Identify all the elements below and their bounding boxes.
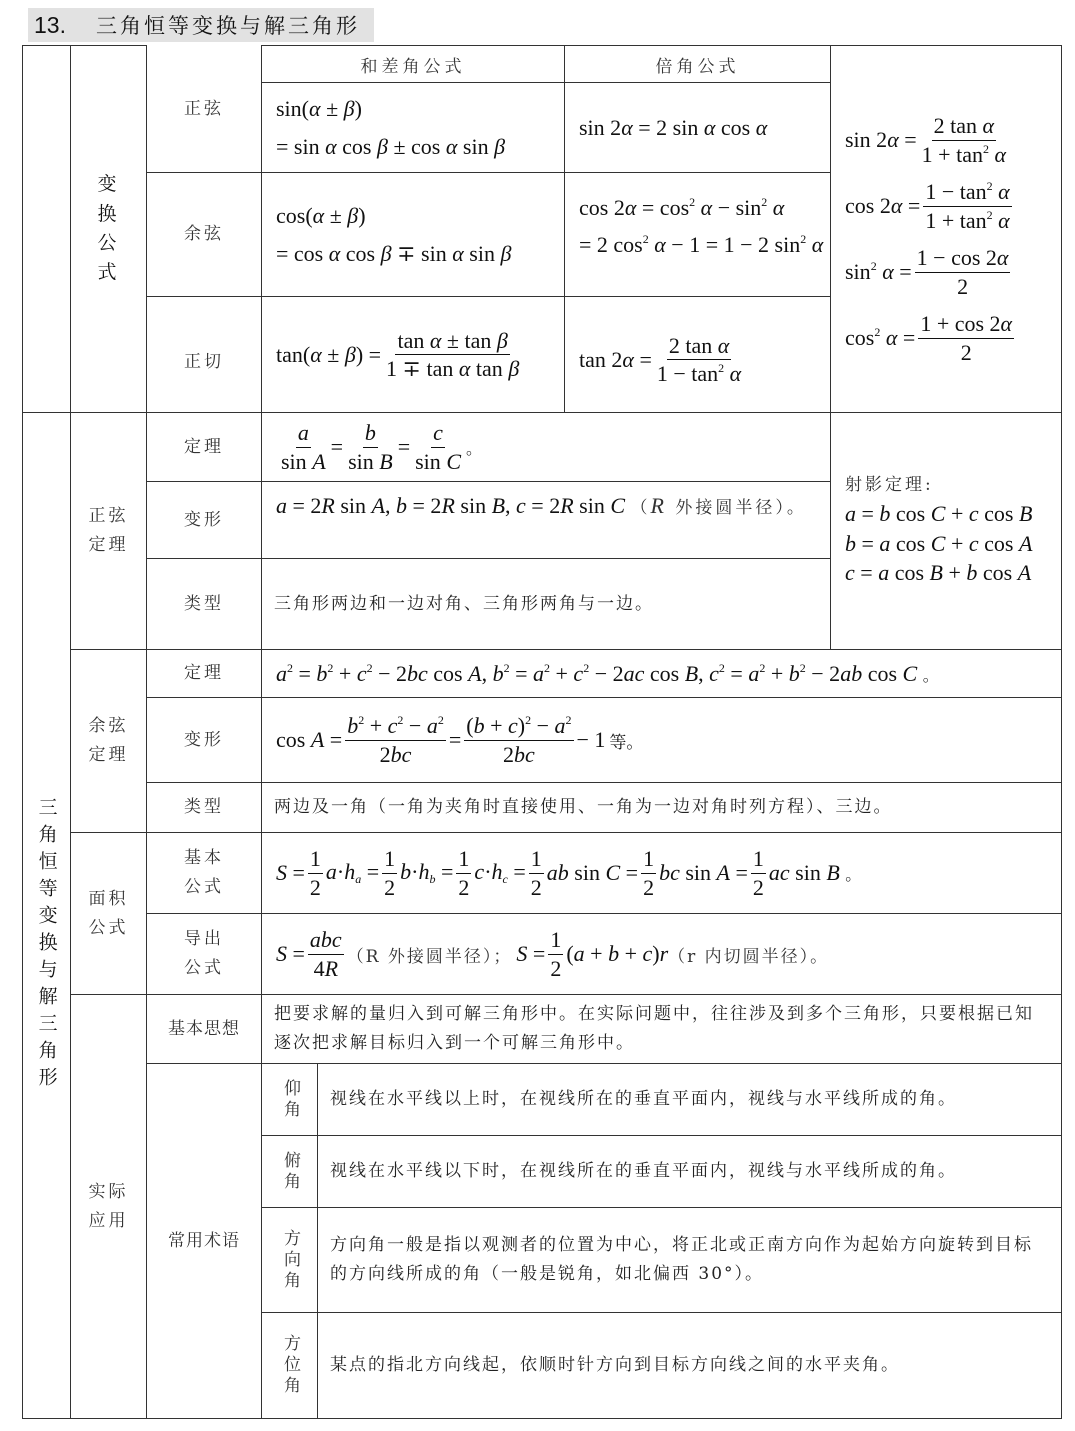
- area-basic-formula: S = 12a·ha = 12b·hb = 12c·hc = 12ab sin …: [261, 832, 1062, 914]
- sine-law-type: 三角形两边和一边对角、三角形两角与一边。: [261, 558, 831, 650]
- tangent-double-formula: tan 2α = 2 tan α1 − tan2 α: [564, 296, 831, 413]
- term-direction-angle: 方向角: [261, 1207, 318, 1313]
- header-sum-diff: 和差角公式: [261, 45, 565, 83]
- sine-law-variant-label: 变形: [146, 481, 262, 559]
- term-depression-definition: 视线在水平线以下时，在视线所在的垂直平面内，视线与水平线所成的角。: [317, 1135, 1062, 1208]
- area-group-label: 面积公式: [70, 832, 147, 995]
- row-label-tangent: 正切: [146, 296, 262, 413]
- basic-idea-content: 把要求解的量归入到可解三角形中。在实际问题中，往往涉及到多个三角形，只要根据已知…: [261, 994, 1062, 1064]
- sine-law-type-label: 类型: [146, 558, 262, 650]
- section-title: 13. 三角恒等变换与解三角形: [28, 8, 374, 42]
- projection-theorem: 射影定理: a = b cos C + c cos B b = a cos C …: [830, 412, 1062, 650]
- sine-sum-diff-formula: sin(α ± β) = sin α cos β ± cos α sin β: [261, 82, 565, 173]
- extra-double-angle-formulas: sin 2α =2 tan α1 + tan2 α cos 2α =1 − ta…: [830, 45, 1062, 413]
- common-terms-label: 常用术语: [146, 1063, 262, 1419]
- term-direction-definition: 方向角一般是指以观测者的位置为中心，将正北或正南方向作为起始方向旋转到目标的方向…: [317, 1207, 1062, 1313]
- term-elevation-angle: 仰角: [261, 1063, 318, 1136]
- basic-idea-label: 基本思想: [146, 994, 262, 1064]
- row-label-cosine: 余弦: [146, 172, 262, 297]
- main-section-label: 三角恒等变换与解三角形: [22, 412, 71, 1419]
- tangent-sum-diff-formula: tan(α ± β) = tan α ± tan β1 ∓ tan α tan …: [261, 296, 565, 413]
- term-azimuth-angle: 方位角: [261, 1312, 318, 1419]
- area-derived-formula: S = abc4R （R 外接圆半径）； S = 12 (a + b + c)r…: [261, 913, 1062, 995]
- cosine-law-theorem-label: 定理: [146, 649, 262, 698]
- cosine-law-theorem: a2 = b2 + c2 − 2bc cos A, b2 = a2 + c2 −…: [261, 649, 1062, 698]
- term-elevation-definition: 视线在水平线以上时，在视线所在的垂直平面内，视线与水平线所成的角。: [317, 1063, 1062, 1136]
- formula-cos2a-tan: cos 2α =1 − tan2 α1 + tan2 α: [845, 173, 1015, 239]
- transform-group-label: 变换公式: [70, 45, 147, 413]
- row-label-sine: 正弦: [146, 45, 262, 173]
- application-group-label: 实际应用: [70, 994, 147, 1419]
- cosine-law-type: 两边及一角（一角为夹角时直接使用、一角为一边对角时列方程）、三边。: [261, 782, 1062, 833]
- sine-double-formula: sin 2α = 2 sin α cos α: [564, 82, 831, 173]
- header-double-angle: 倍角公式: [564, 45, 831, 83]
- term-azimuth-definition: 某点的指北方向线起，依顺时针方向到目标方向线之间的水平夹角。: [317, 1312, 1062, 1419]
- sine-law-variant: a = 2R sin A, b = 2R sin B, c = 2R sin C…: [261, 481, 831, 559]
- sine-law-theorem-label: 定理: [146, 412, 262, 482]
- top-block-col1: [22, 45, 71, 413]
- cosine-law-type-label: 类型: [146, 782, 262, 833]
- formula-sin-square: sin2 α =1 − cos 2α2: [845, 239, 1013, 305]
- projection-caption: 射影定理:: [845, 474, 934, 497]
- sine-law-group-label: 正弦定理: [70, 412, 147, 650]
- cosine-double-formula: cos 2α = cos2 α − sin2 α = 2 cos2 α − 1 …: [564, 172, 831, 297]
- formula-cos-square: cos2 α =1 + cos 2α2: [845, 305, 1017, 371]
- area-derived-label: 导出公式: [146, 913, 262, 995]
- term-depression-angle: 俯角: [261, 1135, 318, 1208]
- sine-law-theorem: asin A = bsin B = csin C。: [261, 412, 831, 482]
- section-number: 13.: [34, 12, 96, 39]
- cosine-sum-diff-formula: cos(α ± β) = cos α cos β ∓ sin α sin β: [261, 172, 565, 297]
- formula-sin2a-tan: sin 2α =2 tan α1 + tan2 α: [845, 107, 1011, 173]
- section-title-text: 三角恒等变换与解三角形: [96, 10, 360, 40]
- cosine-law-variant: cos A = b2 + c2 − a22bc = (b + c)2 − a22…: [261, 697, 1062, 783]
- cosine-law-group-label: 余弦定理: [70, 649, 147, 833]
- area-basic-label: 基本公式: [146, 832, 262, 914]
- cosine-law-variant-label: 变形: [146, 697, 262, 783]
